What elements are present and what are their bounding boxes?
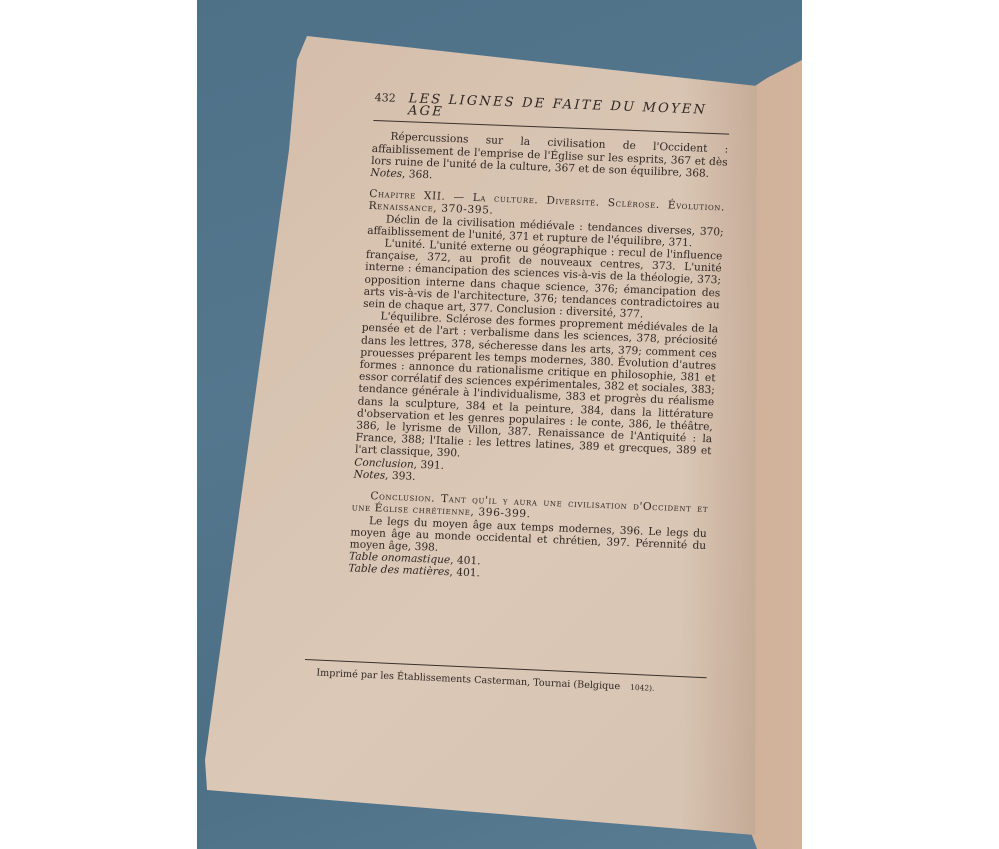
notes-label: Notes [370,167,402,180]
page-text: 432 Les lignes de faite du moyen age Rép… [348,92,731,589]
conclusion-page: , 391. [413,458,444,471]
imprint-year: 1042). [630,683,655,693]
table-page: , 401. [450,554,481,567]
chapter-12-paragraph-2: L'unité. L'unité externe ou géographique… [363,237,723,324]
page-number: 432 [374,92,409,105]
notes-page: , 368. [402,168,433,181]
chapter-12-paragraph-3: L'équilibre. Sclérose des formes proprem… [355,310,719,470]
table-page: , 401. [449,567,480,580]
notes-label: Notes [353,468,385,481]
notes-page: , 393. [385,470,416,483]
